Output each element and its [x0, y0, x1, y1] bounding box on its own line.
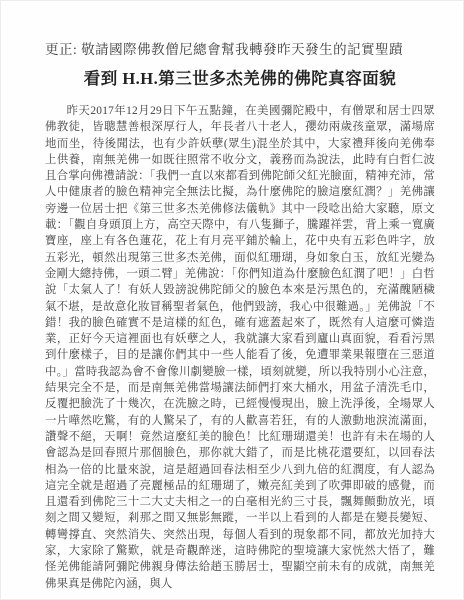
- page-content: 更正: 敬請國際佛教僧尼總會幫我轉發昨天發生的記實聖蹟 看到 H.H.第三世多杰…: [45, 41, 435, 592]
- page-number: 1: [430, 546, 435, 556]
- correction-header: 更正: 敬請國際佛教僧尼總會幫我轉發昨天發生的記實聖蹟: [45, 41, 435, 59]
- document-page: 更正: 敬請國際佛教僧尼總會幫我轉發昨天發生的記實聖蹟 看到 H.H.第三世多杰…: [0, 0, 464, 600]
- page-title: 看到 H.H.第三世多杰羌佛的佛陀真容面貌: [45, 68, 435, 90]
- body-paragraph: 昨天2017年12月29日下午五點鐘，在美國彌陀殿中，有僧眾和居士四眾佛教徒，皆…: [45, 103, 435, 592]
